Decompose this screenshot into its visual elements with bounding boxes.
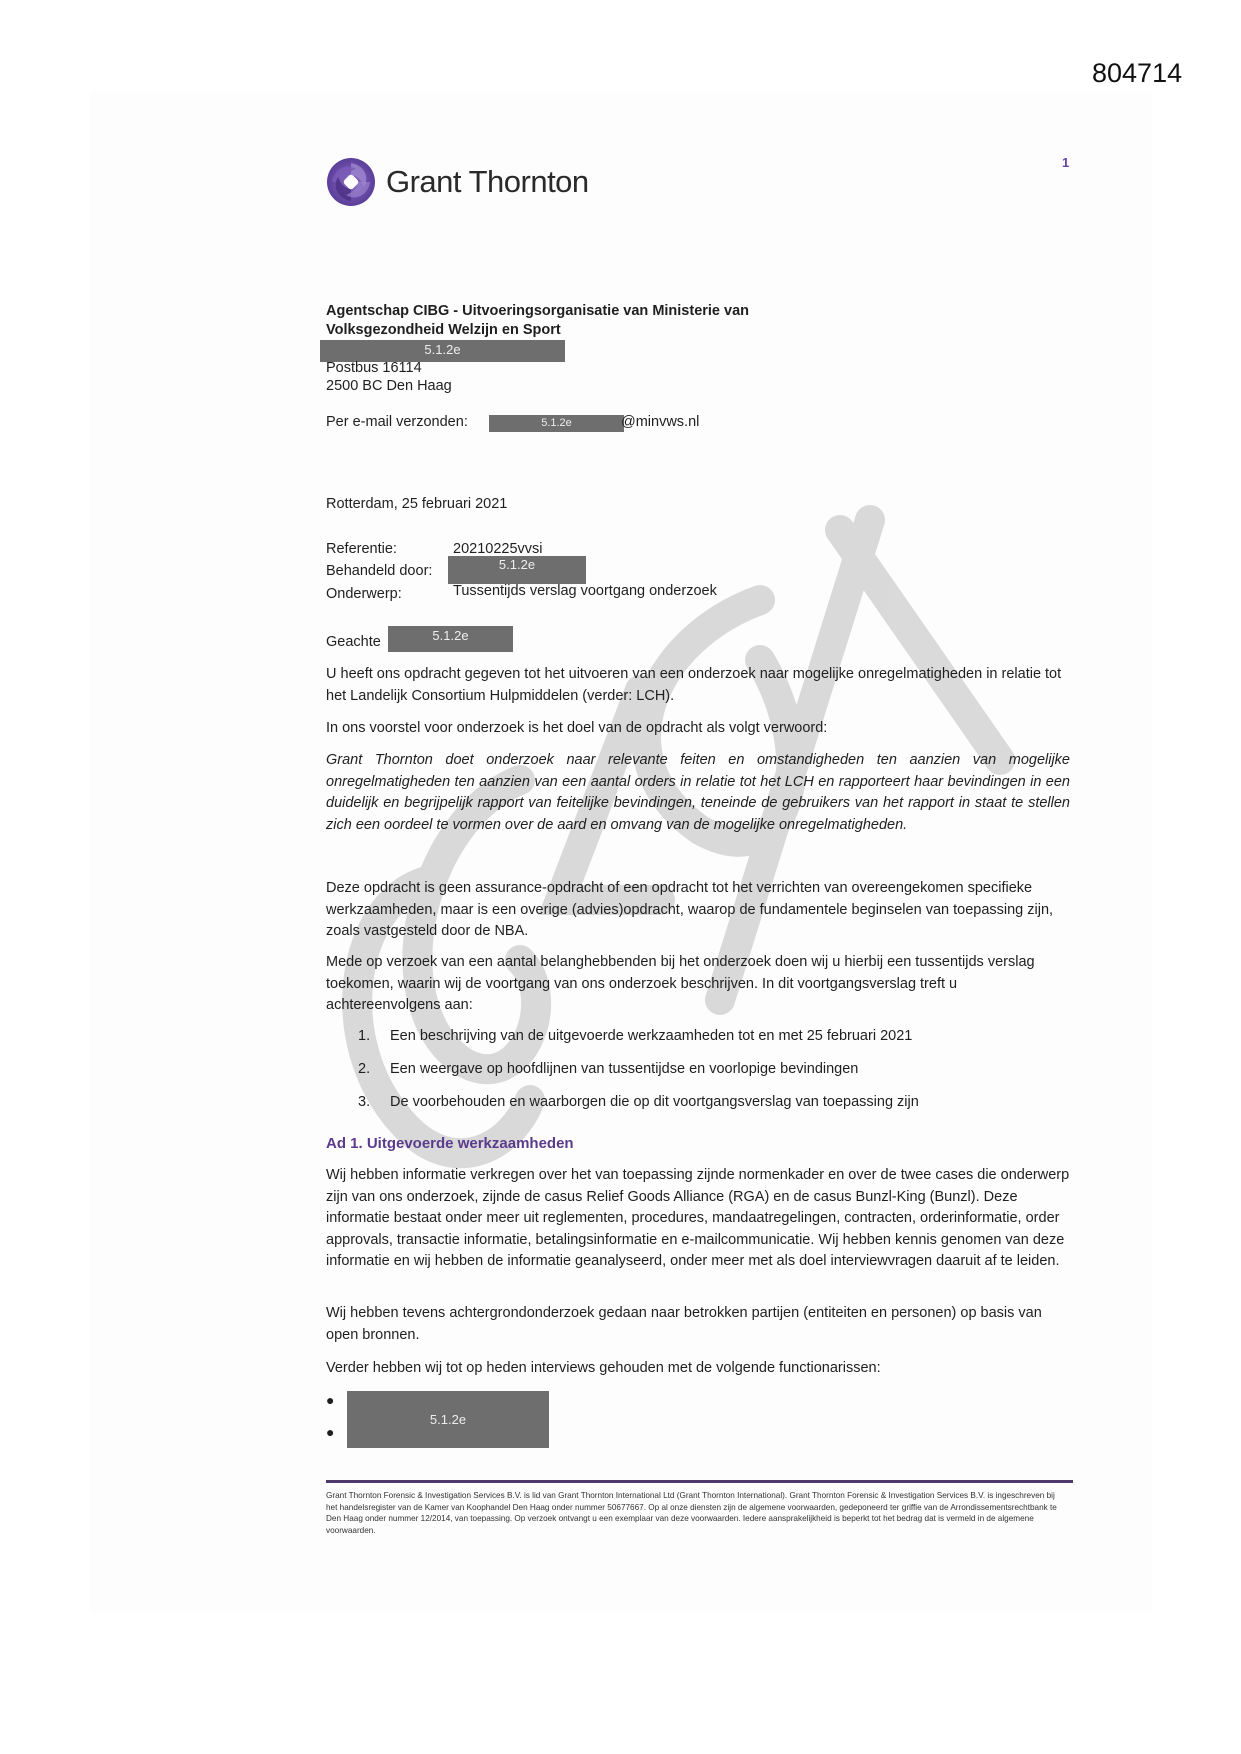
recipient-city: 2500 BC Den Haag (326, 377, 452, 396)
footer-legal-text: Grant Thornton Forensic & Investigation … (326, 1490, 1066, 1536)
paragraph-assurance: Deze opdracht is geen assurance-opdracht… (326, 878, 1070, 943)
subject-label: Onderwerp: (326, 585, 402, 604)
salutation: Geachte (326, 633, 381, 652)
footer-divider (326, 1480, 1073, 1483)
recipient-postbus: Postbus 16114 (326, 359, 422, 378)
recipient-line-1: Agentschap CIBG - Uitvoeringsorganisatie… (326, 302, 749, 321)
paragraph-work-done: Wij hebben informatie verkregen over het… (326, 1165, 1070, 1273)
section-heading: Ad 1. Uitgevoerde werkzaamheden (326, 1135, 574, 1152)
subject-value: Tussentijds verslag voortgang onderzoek (453, 582, 717, 601)
page-number: 1 (1062, 155, 1069, 170)
list-item: 1.Een beschrijving van de uitgevoerde we… (358, 1028, 912, 1044)
bullet-icon: ● (326, 1424, 334, 1440)
list-item: 3.De voorbehouden en waarborgen die op d… (358, 1094, 919, 1110)
recipient-line-2: Volksgezondheid Welzijn en Sport (326, 321, 561, 340)
paragraph-intro: U heeft ons opdracht gegeven tot het uit… (326, 664, 1070, 707)
bullet-icon: ● (326, 1392, 334, 1408)
paragraph-interviews: Verder hebben wij tot op heden interview… (326, 1358, 1070, 1380)
grant-thornton-swirl-logo-icon (326, 157, 376, 207)
paragraph-background: Wij hebben tevens achtergrondonderzoek g… (326, 1303, 1070, 1346)
date-line: Rotterdam, 25 februari 2021 (326, 495, 507, 514)
logo-wordmark: Grant Thornton (386, 164, 589, 200)
handled-by-label: Behandeld door: (326, 562, 432, 581)
redaction-box: 5.1.2e (347, 1391, 549, 1448)
paragraph-progress: Mede op verzoek van een aantal belangheb… (326, 952, 1070, 1017)
email-label: Per e-mail verzonden: (326, 413, 468, 432)
paragraph-goal-intro: In ons voorstel voor onderzoek is het do… (326, 718, 1070, 740)
reference-label: Referentie: (326, 540, 397, 559)
grant-thornton-logo: Grant Thornton (326, 157, 589, 207)
redaction-box: 5.1.2e (489, 415, 624, 432)
redaction-box: 5.1.2e (448, 556, 586, 584)
list-item: 2.Een weergave op hoofdlijnen van tussen… (358, 1061, 858, 1077)
paragraph-goal-quote: Grant Thornton doet onderzoek naar relev… (326, 750, 1070, 836)
redaction-box: 5.1.2e (388, 626, 513, 652)
email-domain: @minvws.nl (621, 413, 699, 432)
document-id: 804714 (1092, 58, 1182, 89)
